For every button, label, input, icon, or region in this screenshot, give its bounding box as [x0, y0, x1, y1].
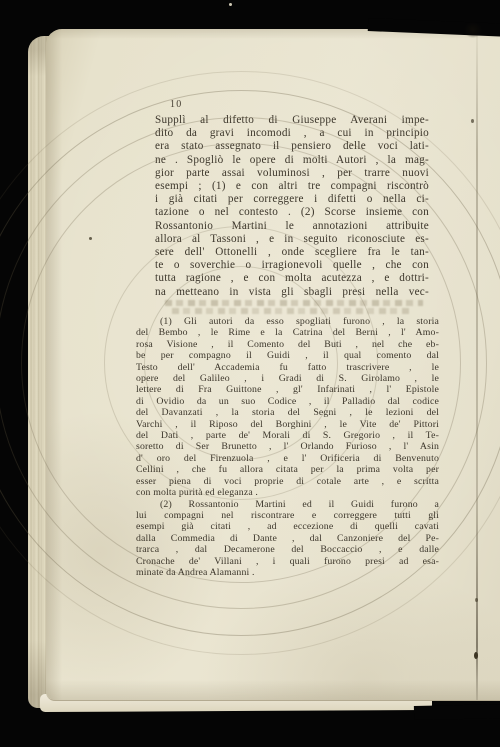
dust-speck: [471, 119, 474, 123]
text-line: i già citati per correggere i difetti o …: [155, 193, 429, 206]
text-line: esempi già citati , ad eccezione di quel…: [136, 521, 439, 532]
text-line: con molta purità ed eleganza .: [136, 487, 439, 498]
text-line: opere del Galileo , i Gradi di S. Girola…: [136, 373, 439, 384]
text-line: gior parte assai voluminosi , per trarre…: [155, 167, 429, 180]
text-line: soretto di Ser Brunetto , l' Orlando Fur…: [136, 441, 439, 452]
text-line: tazione o nel contesto . (2) Scorse insi…: [155, 206, 429, 219]
text-line: lui compagni nel riscontrare e corregger…: [136, 510, 439, 521]
text-line: (1) Gli autori da esso spogliati furono …: [136, 316, 439, 327]
text-line: minate da Andrea Alamanni .: [136, 567, 439, 578]
text-line: Rossantonio Martini le annotazioni attri…: [155, 220, 429, 233]
text-line: Supplì al difetto di Giuseppe Averani im…: [155, 114, 429, 127]
text-line: be per compagno il Guidi , il qual comen…: [136, 350, 439, 361]
text-line: del Bembo , le Rime e la Catrina del Ber…: [136, 327, 439, 338]
footnote-paragraph-2: (2) Rossantonio Martini ed il Guidi furo…: [136, 499, 439, 579]
text-line: Cronache de' Villani , i quali furono pr…: [136, 556, 439, 567]
body-paragraph: Supplì al difetto di Giuseppe Averani im…: [155, 114, 429, 299]
text-line: del Davanzati , la storia del Segni , le…: [136, 407, 439, 418]
gutter-top-smudge: [464, 22, 482, 38]
text-line: dito da gravi incomodi , a cui in princi…: [155, 127, 429, 140]
bottom-edge-shadow: [414, 704, 500, 720]
dust-speck: [89, 237, 92, 240]
text-line: Varchi , il Riposo del Borghini , le Vit…: [136, 419, 439, 430]
text-line: te o soverchie o irragionevoli quelle , …: [155, 259, 429, 272]
text-line: sere dell' Ottonelli , onde scegliere fr…: [155, 246, 429, 259]
text-line: lettere di Fra Guittone , gl' Infarinati…: [136, 384, 439, 395]
book-scan: 10 Supplì al difetto di Giuseppe Averani…: [0, 0, 500, 747]
text-line: trarca , dal Decamerone del Boccaccio , …: [136, 544, 439, 555]
text-line: allora al Tassoni , e in seguito riconos…: [155, 233, 429, 246]
text-line: Testo dell' Accademia fu fatto trascrive…: [136, 362, 439, 373]
text-line: esempi ; (1) e con altri tre compagni ri…: [155, 180, 429, 193]
text-line: ne . Spogliò le opere di molti Autori , …: [155, 154, 429, 167]
page-number: 10: [170, 99, 182, 110]
footnotes-block: (1) Gli autori da esso spogliati furono …: [136, 316, 439, 578]
gutter-ink-spot: [475, 598, 478, 602]
text-line: del Dati , parte de' Morali di S. Gregor…: [136, 430, 439, 441]
text-line: na metteano in vista gli sbagli presi ne…: [155, 286, 429, 299]
text-line: esser piena di voci proprie di cotale ar…: [136, 476, 439, 487]
gutter-ink-spot: [474, 652, 478, 659]
text-line: di Ovidio da un suo Codice , il Palladio…: [136, 396, 439, 407]
ink-bleedthrough-line: [172, 308, 412, 314]
footnote-paragraph-1: (1) Gli autori da esso spogliati furono …: [136, 316, 439, 499]
dust-speck: [229, 3, 232, 6]
text-line: d' oro del Firenzuola , e l' Orificeria …: [136, 453, 439, 464]
text-line: era stato assegnato il pensiero delle vo…: [155, 140, 429, 153]
ink-bleedthrough-line: [165, 300, 423, 306]
text-line: Cellini , che fu allora citata per la pr…: [136, 464, 439, 475]
text-line: dalla Commedia di Dante , dal Canzoniere…: [136, 533, 439, 544]
text-line: rosa Visione , il Comento del Buti , nel…: [136, 339, 439, 350]
text-line: (2) Rossantonio Martini ed il Guidi furo…: [136, 499, 439, 510]
text-line: tutta ragione , e con molta acutezza , e…: [155, 272, 429, 285]
